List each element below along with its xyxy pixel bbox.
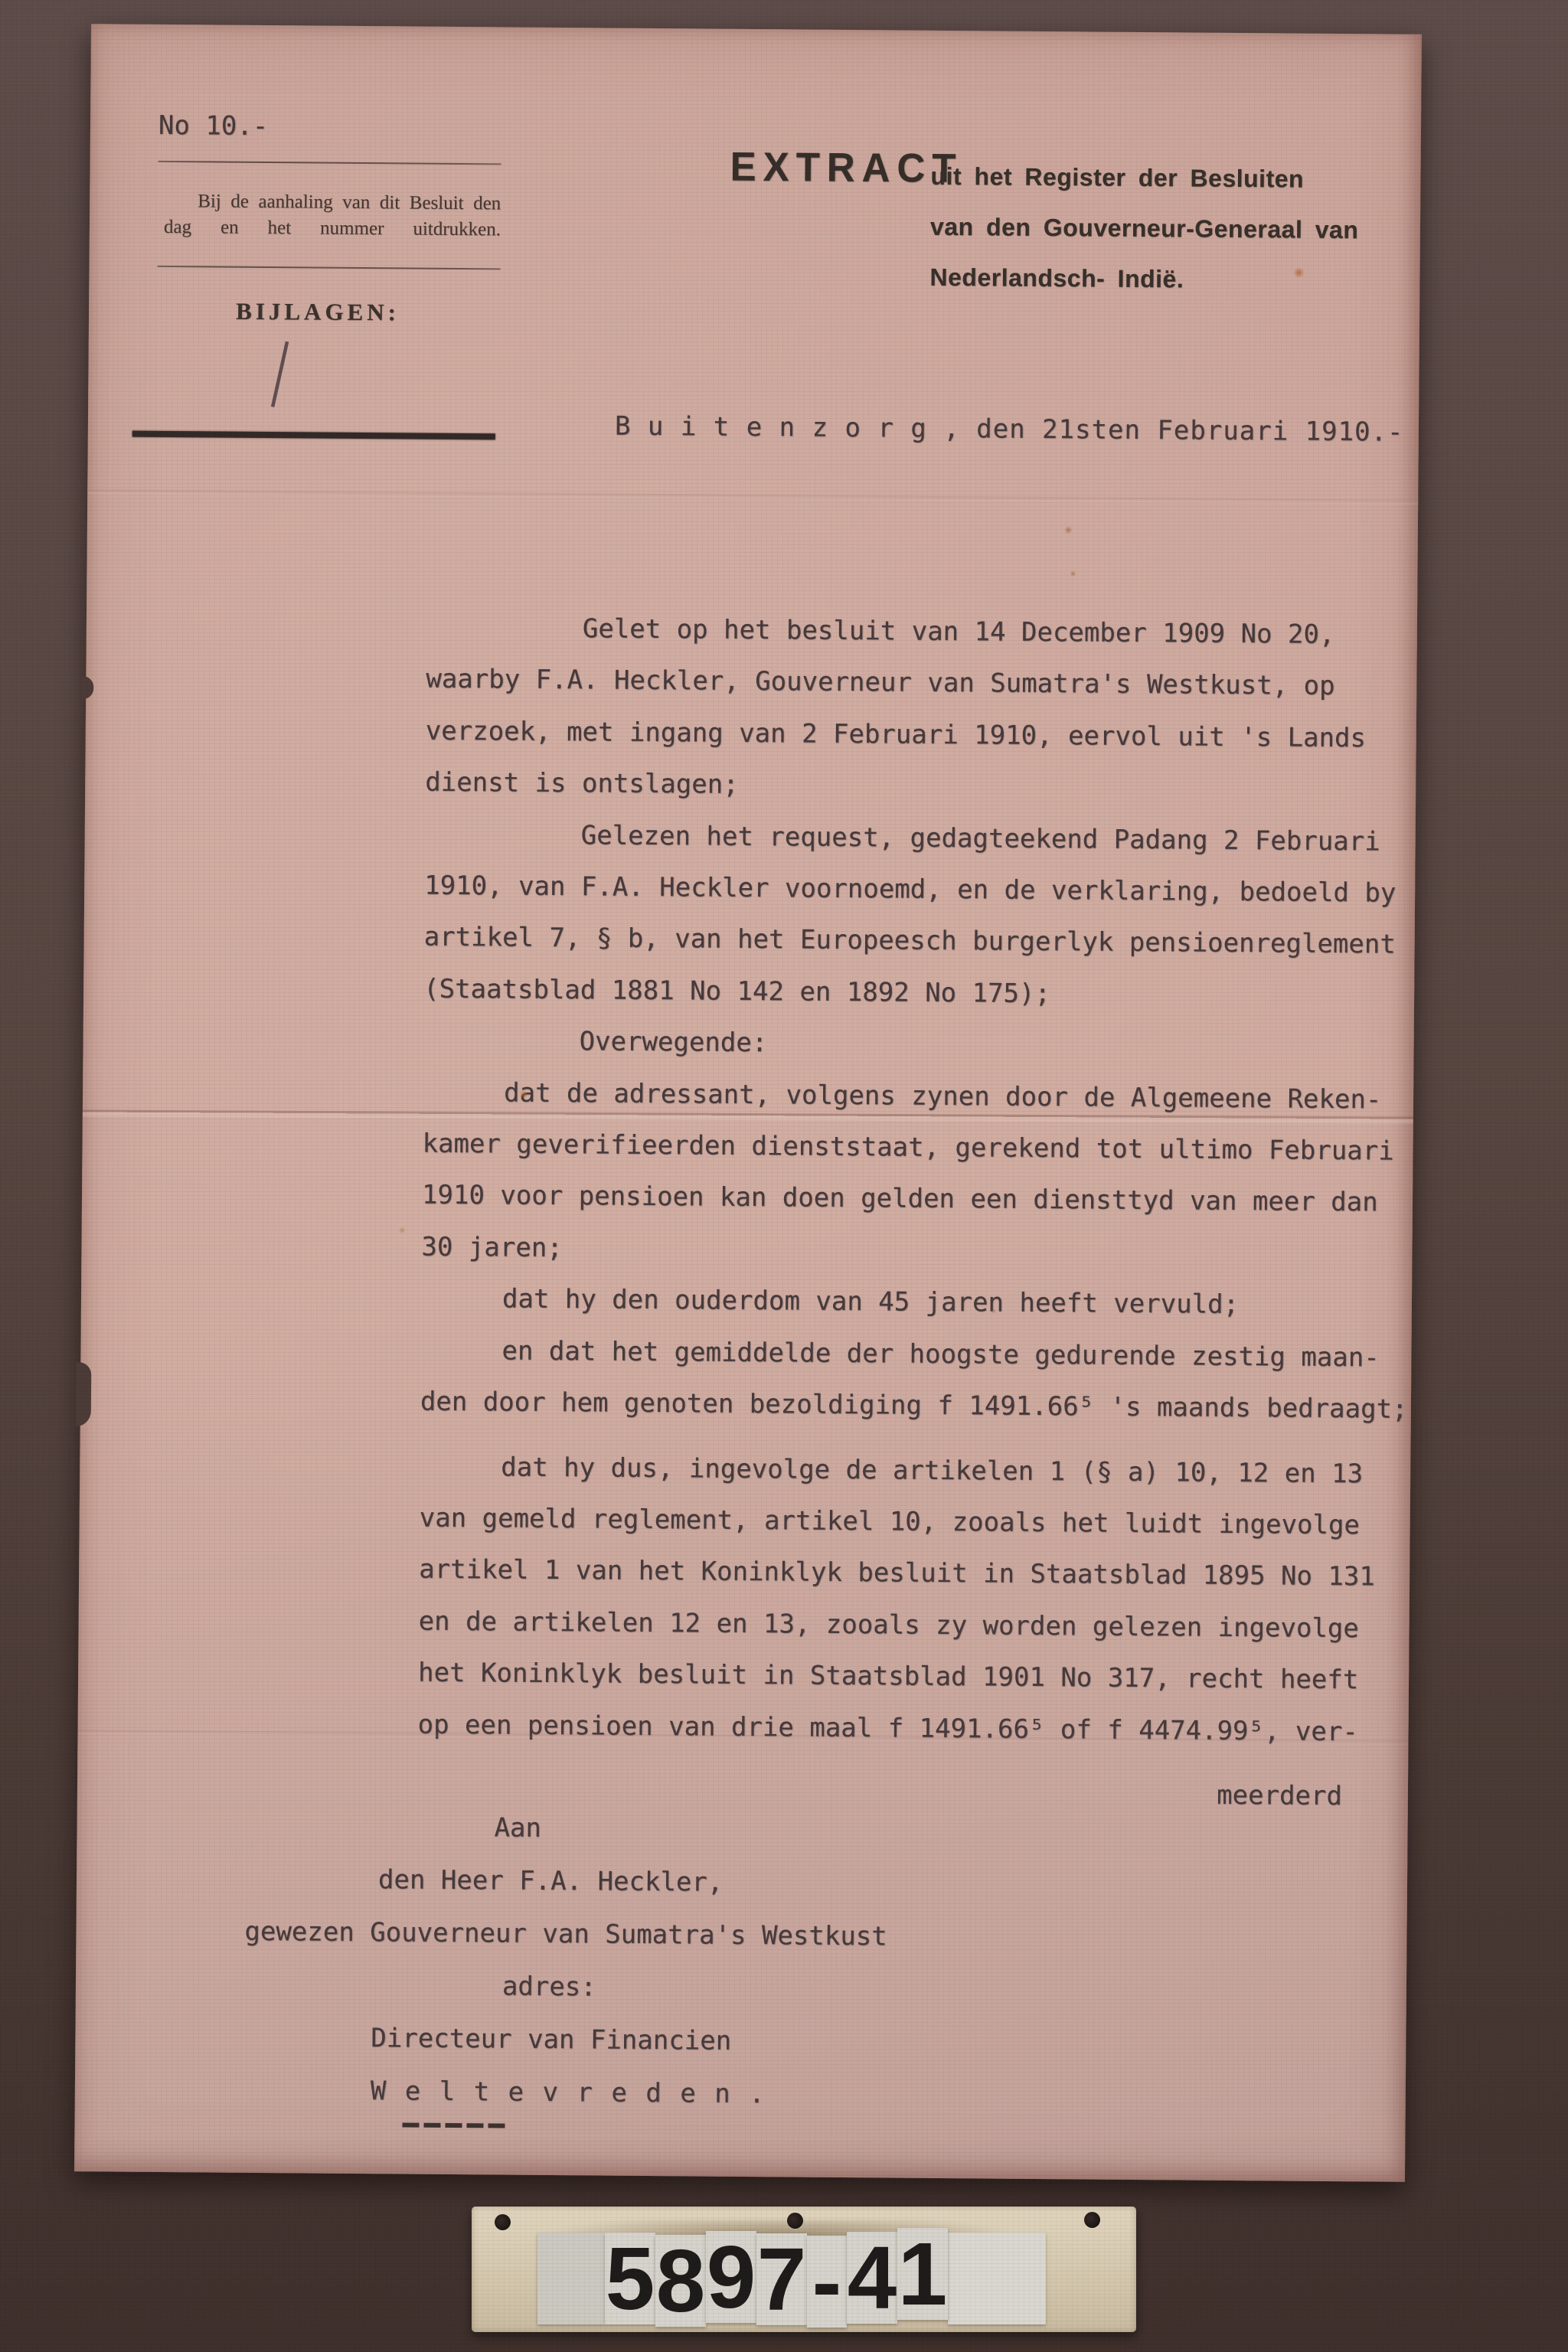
typed-end-mark [402,2122,509,2128]
typed-line: dat hy dus, ingevolge de artikelen 1 (§ … [420,1441,1409,1501]
number-tile: 4 [847,2232,897,2324]
archive-label-plate: 5897-41 [472,2207,1136,2332]
foxing-stain [1064,526,1073,534]
typed-line: Gelet op het besluit van 14 December 190… [426,603,1416,662]
decree-number: No 10.- [158,110,269,142]
typed-line: dat hy den ouderdom van 45 jaren heeft v… [421,1273,1410,1333]
typed-line: 1910 voor pensioen kan doen gelden een d… [422,1170,1411,1230]
number-tile: 1 [897,2228,948,2320]
decree-body: Gelet op het besluit van 14 December 190… [417,603,1416,1823]
edge-tear [81,676,93,699]
address-line: Aan [494,1802,888,1857]
fold-crease [87,489,1418,505]
typed-line: verzoek, met ingang van 2 Februari 1910,… [426,705,1415,765]
typed-line: artikel 1 van het Koninklyk besluit in S… [419,1544,1408,1604]
blank-tile [537,2233,605,2324]
archive-number: 5897-41 [537,2233,1046,2327]
blank-tile [948,2233,1046,2324]
dateline: B u i t e n z o r g , den 21sten Februar… [615,411,1404,448]
typed-line: het Koninklyk besluit in Staatsblad 1901… [418,1648,1407,1707]
thick-divider-rule [132,431,495,440]
typed-line: op een pensioen van drie maal f 1491.66⁵… [417,1699,1406,1759]
foxing-stain [1292,268,1305,278]
number-tile: 8 [655,2235,706,2327]
typed-line: en de artikelen 12 en 13, zooals zy word… [418,1596,1407,1655]
typed-line: Gelezen het request, gedagteekend Padang… [424,808,1413,868]
address-line: gewezen Gouverneur van Sumatra's Westkus… [244,1906,887,1964]
divider-rule-top [158,161,501,165]
typed-line: dienst is ontslagen; [425,757,1414,817]
extract-title: EXTRACT [730,143,962,192]
letterhead-subtitle-line3: Nederlandsch- Indië. [929,263,1184,294]
number-tile: 9 [706,2231,756,2323]
typed-line: Overwegende: [423,1015,1412,1075]
typed-line: (Staatsblad 1881 No 142 en 1892 No 175); [423,964,1413,1024]
typed-line: artikel 7, § b, van het Europeesch burge… [423,912,1413,972]
typed-line: kamer geverifieerden dienststaat, gereke… [422,1119,1411,1178]
typed-line: van gemeld reglement, artikel 10, zooals… [419,1493,1408,1553]
address-line: den Heer F.A. Heckler, [378,1854,888,1910]
foxing-stain [399,1227,406,1233]
citation-note-line1: Bij de aanhaling van dit Besluit [198,191,464,214]
address-block: Aan den Heer F.A. Heckler, gewezen Gouve… [161,1799,888,2122]
typed-line: waarby F.A. Heckler, Gouverneur van Suma… [426,654,1415,714]
typed-line: dat de adressant, volgens zynen door de … [423,1067,1412,1126]
address-line: adres: [502,1961,887,2017]
divider-rule-bottom [158,266,501,270]
address-line: Directeur van Financien [371,2012,887,2069]
typed-line: 1910, van F.A. Heckler voornoemd, en de … [424,861,1413,920]
bijlagen-label: BIJLAGEN: [236,298,400,327]
citation-note: Bij de aanhaling van dit Besluit den dag… [164,188,501,243]
number-tile: 5 [605,2233,655,2324]
document-paper: No 10.- Bij de aanhaling van dit Besluit… [74,24,1422,2182]
number-tile: 7 [756,2233,807,2325]
plate-hole [787,2213,803,2229]
typed-line: en dat het gemiddelde der hoogste gedure… [420,1325,1410,1384]
foxing-stain [1070,570,1076,577]
address-line: W e l t e v r e d e n . [371,2065,887,2122]
typed-line: 30 jaren; [421,1222,1410,1282]
plate-hole [1084,2212,1100,2228]
photo-background: { "document": { "stamp": { "number": "No… [0,0,1568,2352]
number-tile: - [807,2236,847,2327]
letterhead-subtitle-line2: van den Gouverneur-Generaal van [930,213,1359,244]
typed-line: den door hem genoten bezoldiging f 1491.… [420,1377,1410,1436]
edge-tear [76,1362,92,1426]
handwritten-attachment-mark: / [271,333,289,412]
plate-hole [495,2214,511,2230]
letterhead-subtitle-line1: uit het Register der Besluiten [930,162,1304,194]
